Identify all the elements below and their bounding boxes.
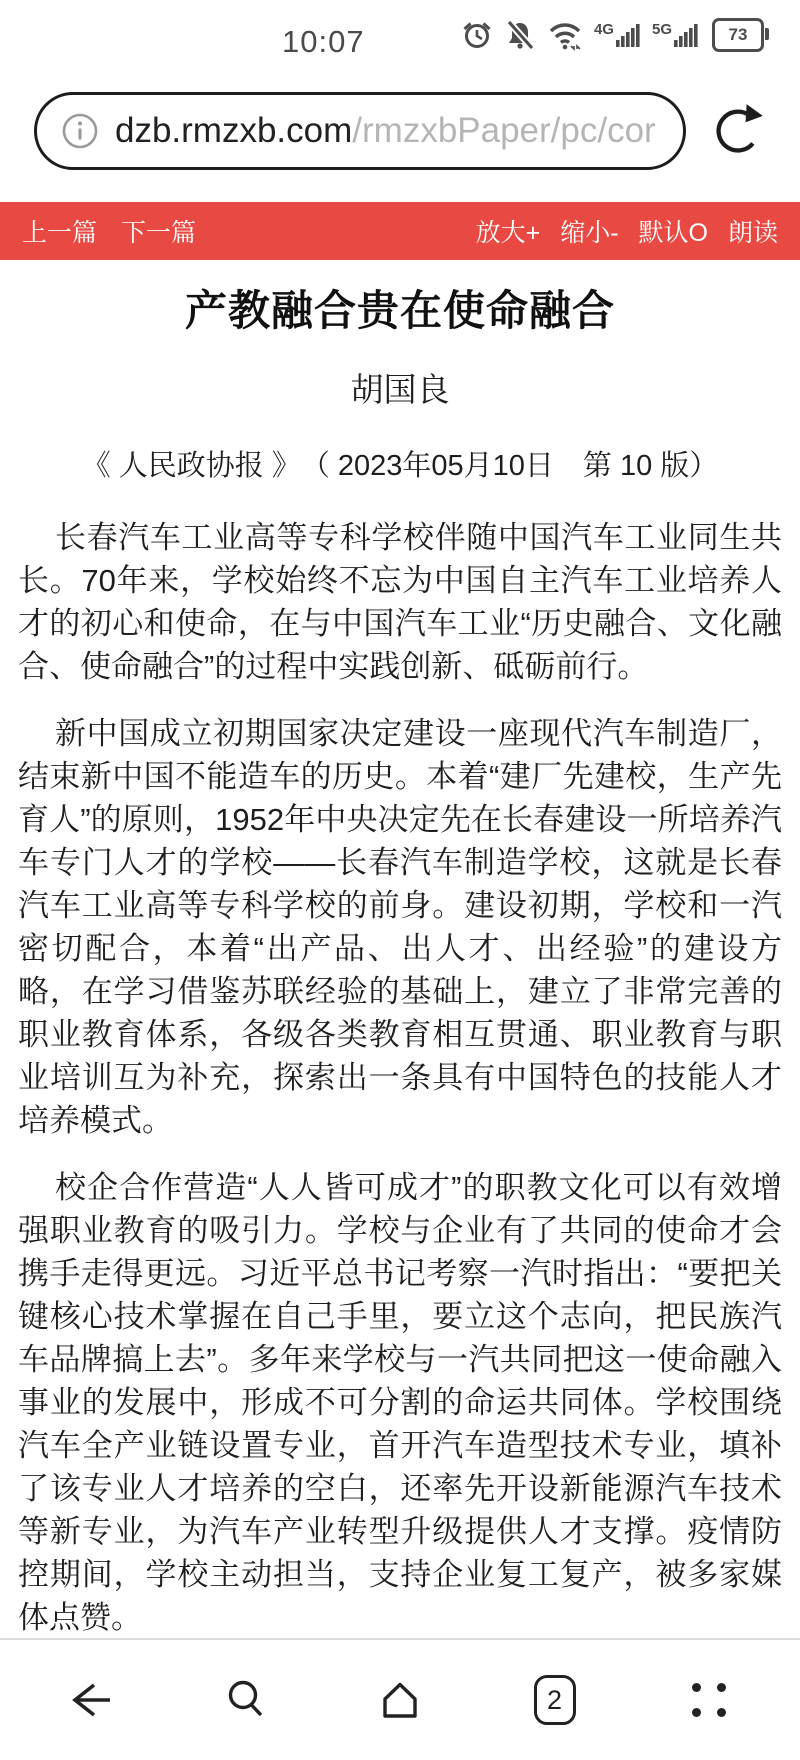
article-paragraph: 长春汽车工业高等专科学校伴随中国汽车工业同生共长。70年来，学校始终不忘为中国自…	[18, 516, 782, 688]
article-paragraph: 校企合作营造“人人皆可成才”的职教文化可以有效增强职业教育的吸引力。学校与企业有…	[18, 1166, 782, 1638]
article-author: 胡国良	[18, 364, 782, 411]
battery-icon: 73	[712, 18, 764, 52]
zoom-out-button[interactable]: 缩小-	[560, 213, 618, 249]
home-icon[interactable]	[365, 1665, 435, 1735]
article-body: 长春汽车工业高等专科学校伴随中国汽车工业同生共长。70年来，学校始终不忘为中国自…	[18, 516, 782, 1638]
article-source-line: 《 人民政协报 》 （ 2023年05月10日 第 10 版）	[18, 443, 782, 484]
article-paragraph: 新中国成立初期国家决定建设一座现代汽车制造厂，结束新中国不能造车的历史。本着“建…	[18, 712, 782, 1142]
alarm-icon	[461, 19, 493, 51]
default-size-button[interactable]: 默认O	[639, 213, 708, 249]
refresh-icon[interactable]	[710, 103, 766, 159]
clock-time: 10:07	[282, 24, 365, 60]
read-aloud-button[interactable]: 朗读	[728, 213, 778, 249]
signal-5g: 5G	[652, 20, 699, 50]
menu-dots-icon[interactable]	[674, 1665, 744, 1735]
article-title: 产教融合贵在使命融合	[18, 278, 782, 338]
article-toolbar: 上一篇 下一篇 放大+ 缩小- 默认O 朗读	[0, 202, 800, 260]
network-type-label: 4G	[594, 21, 614, 38]
tab-counter[interactable]: 2	[520, 1665, 590, 1735]
network-type-label: 5G	[652, 21, 672, 38]
wifi-icon	[547, 19, 583, 51]
prev-article-button[interactable]: 上一篇	[22, 213, 97, 249]
search-icon[interactable]	[211, 1665, 281, 1735]
bell-muted-icon	[504, 19, 536, 51]
article-content: 产教融合贵在使命融合 胡国良 《 人民政协报 》 （ 2023年05月10日 第…	[0, 260, 800, 1638]
address-bar[interactable]: dzb.rmzxb.com/rmzxbPaper/pc/cor	[34, 92, 686, 170]
status-bar: 10:07	[0, 0, 800, 76]
url-domain: dzb.rmzxb.com	[115, 111, 352, 150]
signal-4g: 4G	[594, 20, 641, 50]
url-text: dzb.rmzxb.com/rmzxbPaper/pc/cor	[115, 111, 656, 151]
toolbar-left: 上一篇 下一篇	[22, 213, 220, 249]
next-article-button[interactable]: 下一篇	[121, 213, 196, 249]
battery-percent: 73	[729, 25, 748, 45]
toolbar-right: 放大+ 缩小- 默认O 朗读	[456, 213, 778, 249]
url-path: /rmzxbPaper/pc/cor	[352, 111, 655, 150]
info-icon[interactable]	[61, 112, 99, 150]
signal-bars-icon	[615, 20, 641, 50]
browser-bottom-nav: 2	[0, 1638, 800, 1760]
tab-count-badge[interactable]: 2	[534, 1675, 576, 1725]
browser-url-section: dzb.rmzxb.com/rmzxbPaper/pc/cor	[0, 76, 800, 170]
back-arrow-icon[interactable]	[56, 1665, 126, 1735]
status-icons: 4G 5G 73	[461, 18, 764, 52]
signal-bars-icon	[673, 20, 699, 50]
zoom-in-button[interactable]: 放大+	[476, 213, 541, 249]
